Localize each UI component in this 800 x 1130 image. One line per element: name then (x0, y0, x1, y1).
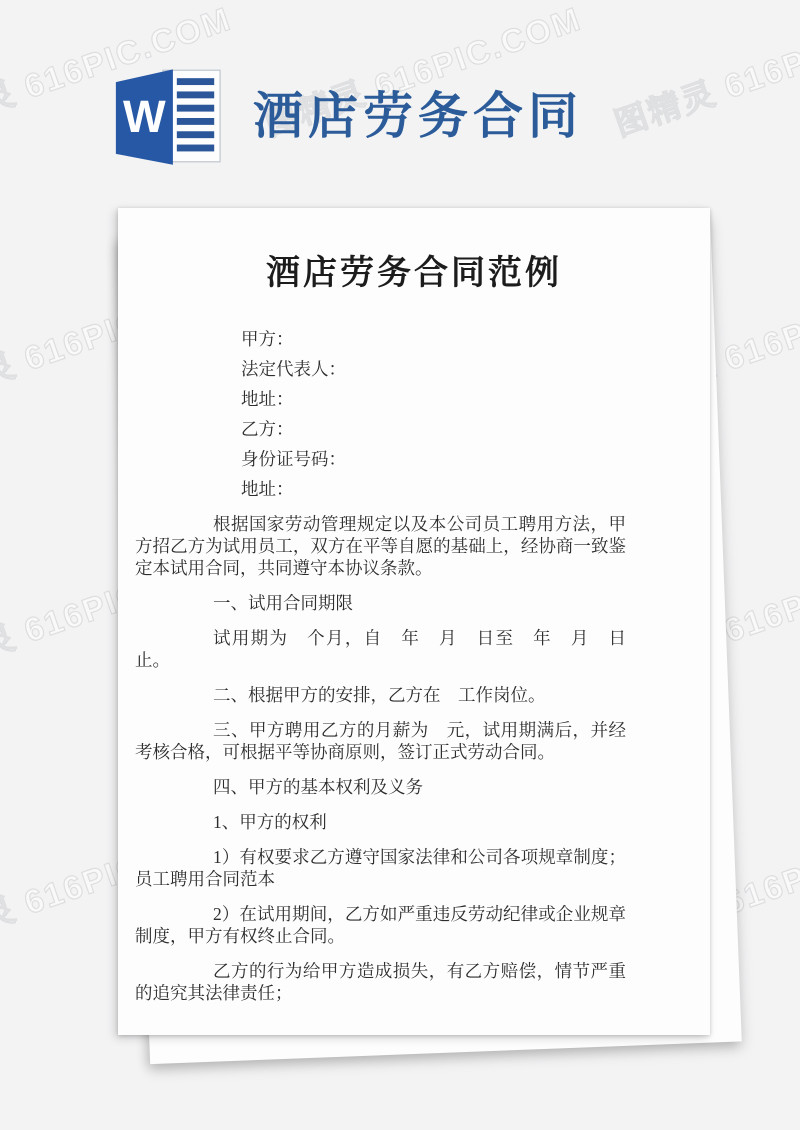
contract-paragraph: 乙方的行为给甲方造成损失，有乙方赔偿，情节严重的追究其法律责任； (135, 960, 626, 1004)
contract-paragraph: 一、试用合同期限 (135, 592, 626, 614)
party-label: 甲方： (135, 328, 626, 350)
contract-paragraph: 二、根据甲方的安排，乙方在 工作岗位。 (135, 684, 626, 706)
word-icon-line (177, 105, 214, 112)
contract-paragraph: 1）有权要求乙方遵守国家法律和公司各项规章制度；员工聘用合同范本 (135, 846, 626, 890)
page-title: 酒店劳务合同 (253, 76, 583, 148)
contract-paragraph: 根据国家劳动管理规定以及本公司员工聘用方法，甲方招乙方为试用员工，双方在平等自愿… (135, 513, 626, 579)
party-label: 地址： (135, 478, 626, 500)
party-label: 乙方： (135, 418, 626, 440)
contract-paragraph: 三、甲方聘用乙方的月薪为 元，试用期满后，并经考核合格，可根据平等协商原则，签订… (135, 719, 626, 763)
word-icon-line (177, 91, 214, 98)
word-icon-line (177, 145, 214, 152)
party-label: 身份证号码： (135, 448, 626, 470)
party-label: 法定代表人： (135, 358, 626, 380)
word-icon: W (108, 64, 226, 171)
document-page: 酒店劳务合同范例 甲方：法定代表人：地址：乙方：身份证号码：地址： 根据国家劳动… (118, 208, 710, 1035)
contract-paragraph: 1、甲方的权利 (135, 811, 626, 833)
party-labels: 甲方：法定代表人：地址：乙方：身份证号码：地址： (135, 328, 626, 500)
document-body: 甲方：法定代表人：地址：乙方：身份证号码：地址： 根据国家劳动管理规定以及本公司… (118, 328, 710, 1004)
contract-clauses: 根据国家劳动管理规定以及本公司员工聘用方法，甲方招乙方为试用员工，双方在平等自愿… (135, 513, 626, 1004)
template-preview: 图精灵 616PIC.COM图精灵 616PIC.COM图精灵 616PIC.C… (0, 0, 800, 1130)
party-label: 地址： (135, 388, 626, 410)
document-title: 酒店劳务合同范例 (118, 250, 710, 298)
contract-paragraph: 2）在试用期间，乙方如严重违反劳动纪律或企业规章制度，甲方有权终止合同。 (135, 903, 626, 947)
contract-paragraph: 四、甲方的基本权利及义务 (135, 776, 626, 798)
contract-paragraph: 试用期为 个月，自 年 月 日至 年 月 日止。 (135, 627, 626, 671)
word-icon-line (177, 78, 214, 85)
word-icon-line (177, 131, 214, 138)
header: W 酒店劳务合同 (0, 0, 800, 200)
word-icon-line (177, 118, 214, 125)
word-icon-letter: W (123, 91, 166, 142)
